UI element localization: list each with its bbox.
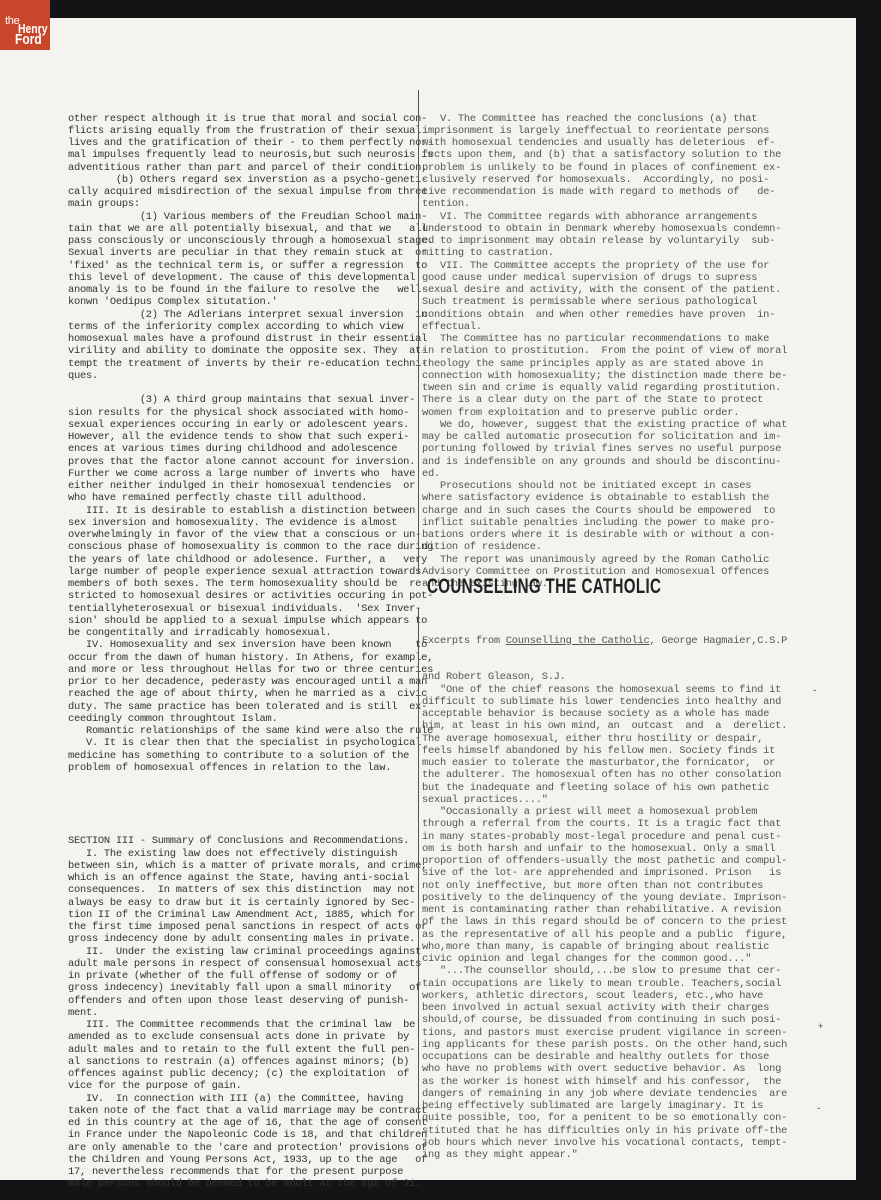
text-line: ing as they might appear." [422, 1149, 800, 1161]
text-line: inflict suitable penalties including the… [422, 517, 800, 529]
text-line: tions, and pastors must exercise prudent… [422, 1027, 800, 1039]
text-line: mitting to castration. [422, 247, 800, 259]
column-divider-top [418, 90, 419, 574]
text-line: 17, nevertheless recommends that for the… [68, 1166, 416, 1178]
text-line: bations orders where it is desirable wit… [422, 529, 800, 541]
text-line: pass consciously or unconsciously throug… [68, 235, 416, 247]
text-line: this level of development. The cause of … [68, 272, 416, 284]
text-line: but the inadequate and fleeting solace o… [422, 782, 800, 794]
text-line: offenders and often upon those least des… [68, 995, 416, 1007]
text-line: in many states-probably most-legal proce… [422, 831, 800, 843]
text-line: not only ineffective, but more often tha… [422, 880, 800, 892]
text-line: ed to imprisonment may obtain release by… [422, 235, 800, 247]
text-line: difficult to sublimate his lower tendenc… [422, 696, 800, 708]
text-line: III. It is desirable to establish a dist… [68, 505, 416, 517]
text-line: good cause under medical supervision of … [422, 272, 800, 284]
text-line: tentiallyheterosexual or bisexual indivi… [68, 603, 416, 615]
text-line: understood to obtain in Denmark whereby … [422, 223, 800, 235]
text-line: stituted that he has difficulties only i… [422, 1125, 800, 1137]
text-line: al sanctions to restrain (a) offences ag… [68, 1056, 416, 1068]
text-line: as the worker is honest with himself and… [422, 1076, 800, 1088]
text-line: lives and the gratification of their - t… [68, 137, 416, 149]
text-line: overwhelmingly in favor of the view that… [68, 529, 416, 541]
text-line: tempt the treatment of inverts by their … [68, 358, 416, 370]
text-line: ences at various times during childhood … [68, 443, 416, 455]
text-line: being effectively sublimated are largely… [422, 1100, 800, 1112]
text-line: and is indefensible on any grounds and s… [422, 456, 800, 468]
right-column-recommendations: V. The Committee has reached the conclus… [422, 113, 800, 591]
text-line: in France under the Napoleonic Code is 1… [68, 1129, 416, 1141]
text-line: of the laws in this regard should be of … [422, 916, 800, 928]
text-line: feels himself abandoned by his fellow me… [422, 745, 800, 757]
citation-prefix: Excerpts from [422, 635, 506, 647]
text-line: tain that we are all potentially bisexua… [68, 223, 416, 235]
text-line: (b) Others regard sex inverstion as a ps… [68, 174, 416, 186]
text-line: "One of the chief reasons the homosexual… [422, 684, 800, 696]
text-line: III. The Committee recommends that the c… [68, 1019, 416, 1031]
text-line: medicine has something to contribute to … [68, 750, 416, 762]
text-line: tion II of the Criminal Law Amendment Ac… [68, 909, 416, 921]
text-line: ment is contaminating rather than rehabi… [422, 904, 800, 916]
text-line: ed. [422, 468, 800, 480]
text-line: job hours which never involve his vocati… [422, 1137, 800, 1149]
text-line: through a referral from the courts. It i… [422, 818, 800, 830]
text-line: conscious phase of homosexuality is comm… [68, 541, 416, 553]
margin-mark: - [816, 1104, 821, 1114]
text-line: in relation to prostitution. From the po… [422, 345, 800, 357]
text-line: sion results for the physical shock asso… [68, 407, 416, 419]
text-line: reached the age of about thirty, when he… [68, 688, 416, 700]
text-line: However, all the evidence tends to show … [68, 431, 416, 443]
text-line: as the representative of all his people … [422, 929, 800, 941]
text-line: stricted to homosexual desires or activi… [68, 590, 416, 602]
left-column-part-1: other respect although it is true that m… [68, 113, 416, 775]
text-line: either neither indulged in their homosex… [68, 480, 416, 492]
text-line: quite possible, too, for a penitent to b… [422, 1112, 800, 1124]
text-line: sive of the lot- are apprehended and imp… [422, 867, 800, 879]
text-line: "Occasionally a priest will meet a homos… [422, 806, 800, 818]
text-line: We do, however, suggest that the existin… [422, 419, 800, 431]
margin-mark: + [818, 1022, 823, 1032]
text-line: prior to her decadence, pederasty was en… [68, 676, 416, 688]
text-line: are only amenable to the 'care and prote… [68, 1142, 416, 1154]
text-line: (1) Various members of the Freudian Scho… [68, 211, 416, 223]
text-line: large number of people experience sexual… [68, 566, 416, 578]
text-line [68, 382, 416, 394]
text-line: women from exploitation and to preserve … [422, 407, 800, 419]
text-line: who,more than many, is capable of bringi… [422, 941, 800, 953]
text-line: proves that the factor alone cannot acco… [68, 456, 416, 468]
text-line: VI. The Committee regards with abhorance… [422, 211, 800, 223]
text-line: effectual. [422, 321, 800, 333]
text-line: The Committee has no particular recommen… [422, 333, 800, 345]
text-line: Prosecutions should not be initiated exc… [422, 480, 800, 492]
text-line: (3) A third group maintains that sexual … [68, 394, 416, 406]
left-column: other respect although it is true that m… [68, 88, 416, 1200]
text-line: between sin, which is a matter of privat… [68, 860, 416, 872]
text-line: problem of homosexual offences in relati… [68, 762, 416, 774]
text-line: cally acquired misdirection of the sexua… [68, 186, 416, 198]
text-line: Romantic relationships of the same kind … [68, 725, 416, 737]
text-line: may be called automatic prosecution for … [422, 431, 800, 443]
text-line: The average homosexual, either thru host… [422, 733, 800, 745]
text-line: proportion of offenders-usually the most… [422, 855, 800, 867]
text-line: always be easy to draw but it is certain… [68, 897, 416, 909]
text-line: flicts arising equally from the frustrat… [68, 125, 416, 137]
book-title: Counselling the Catholic [506, 635, 650, 647]
text-line: been involved in actual sexual activity … [422, 1002, 800, 1014]
text-line: homosexual males have a profound distrus… [68, 333, 416, 345]
text-line: "...The counsellor should,...be slow to … [422, 965, 800, 977]
text-line: members of both sexes. The term homosexu… [68, 578, 416, 590]
text-line: tive recommendation is made with regard … [422, 186, 800, 198]
text-line: ques. [68, 370, 416, 382]
text-line: and more or less throughout Hellas for t… [68, 664, 416, 676]
text-line: offences against public decency; (c) the… [68, 1068, 416, 1080]
text-line: I. The existing law does not effectively… [68, 848, 416, 860]
text-line: civic opinion and legal changes for the … [422, 953, 800, 965]
text-line: virility and ability to dominate the opp… [68, 345, 416, 357]
text-line: IV. Homosexuality and sex inversion have… [68, 639, 416, 651]
text-line: problem is unlikely to be found in place… [422, 162, 800, 174]
text-line: vice for the purpose of gain. [68, 1080, 416, 1092]
text-line: tention. [422, 198, 800, 210]
text-line: should,of course, be dissuaded from cont… [422, 1014, 800, 1026]
text-line: portuning followed by trivial fines serv… [422, 443, 800, 455]
text-line: adult males and to retain to the full ex… [68, 1044, 416, 1056]
text-line: (2) The Adlerians interpret sexual inver… [68, 309, 416, 321]
text-line: ing applicants for these parish posts. O… [422, 1039, 800, 1051]
text-line: conditions obtain and when other remedie… [422, 309, 800, 321]
text-line: ed in this country at the age of 16, tha… [68, 1117, 416, 1129]
text-line: tween sin and crime is equally valid reg… [422, 382, 800, 394]
text-line: ment. [68, 1007, 416, 1019]
text-line: taken note of the fact that a valid marr… [68, 1105, 416, 1117]
text-line: Such treatment is permissable where seri… [422, 296, 800, 308]
text-line: workers, athletic directors, scout leade… [422, 990, 800, 1002]
excerpt-citation: Excerpts from Counselling the Catholic, … [422, 635, 800, 647]
text-line: the first time imposed penal sanctions i… [68, 921, 416, 933]
text-line: the years of late childhood or adolesenc… [68, 554, 416, 566]
text-line: main groups: [68, 198, 416, 210]
text-line: adult male persons in respect of consens… [68, 958, 416, 970]
text-line: sexual practices...." [422, 794, 800, 806]
text-line: male persons should be deemed to be adul… [68, 1178, 416, 1190]
text-line: tain occupations are likely to mean trou… [422, 978, 800, 990]
text-line: Further we come across a large number of… [68, 468, 416, 480]
text-line: anomaly is to be found in the failure to… [68, 284, 416, 296]
text-line: who have no problems with overt seductiv… [422, 1063, 800, 1075]
text-line: konwn 'Oedipus Complex situtation.' [68, 296, 416, 308]
text-line: other respect although it is true that m… [68, 113, 416, 125]
left-column-section-iii: SECTION III - Summary of Conclusions and… [68, 835, 416, 1190]
text-line: IV. In connection with III (a) the Commi… [68, 1093, 416, 1105]
excerpt-text: and Robert Gleason, S.J. "One of the chi… [422, 671, 800, 1161]
text-line: with homosexual tendencies and usually h… [422, 137, 800, 149]
text-line: sion' should be applied to a sexual impu… [68, 615, 416, 627]
text-line: be congentitally and irradicably homosex… [68, 627, 416, 639]
text-line: in private (whether of the full offense … [68, 970, 416, 982]
text-line: V. It is clear then that the specialist … [68, 737, 416, 749]
text-line: theology the same principles apply as ar… [422, 358, 800, 370]
text-line: mal impulses frequently lead to neurosis… [68, 149, 416, 161]
text-line: the adulterer. The homosexual often has … [422, 769, 800, 781]
text-line: clusively reserved for homosexuals. Acco… [422, 174, 800, 186]
text-line: om is both harsh and unfair to the homos… [422, 843, 800, 855]
text-line: much easier to tolerate the masturbator,… [422, 757, 800, 769]
logo-ford: Ford [15, 31, 42, 48]
text-line: the Children and Young Persons Act, 1933… [68, 1154, 416, 1166]
text-line: where satisfactory evidence is obtainabl… [422, 492, 800, 504]
text-line: SECTION III - Summary of Conclusions and… [68, 835, 416, 847]
text-line: terms of the inferiority complex accordi… [68, 321, 416, 333]
column-divider-bottom [418, 608, 419, 1120]
text-line: which is an offence against the State, h… [68, 872, 416, 884]
text-line: sexual experiences occuring in early or … [68, 419, 416, 431]
text-line: sexual desire and activity, with the con… [422, 284, 800, 296]
text-line: The report was unanimously agreed by the… [422, 554, 800, 566]
text-line: duty. The same practice has been tolerat… [68, 701, 416, 713]
text-line: 'fixed' as the technical term is, or suf… [68, 260, 416, 272]
text-line: who have remained perfectly chaste till … [68, 492, 416, 504]
margin-mark: - [812, 686, 817, 696]
citation-authors: , George Hagmaier,C.S.P [649, 635, 787, 647]
text-line: ceedingly common throughtout Islam. [68, 713, 416, 725]
text-line: amended as to exclude consensual acts do… [68, 1031, 416, 1043]
henry-ford-logo: the Henry Ford [0, 0, 50, 50]
text-line: adventitious rather than part and parcel… [68, 162, 416, 174]
text-line: imprisonment is largely ineffectual to r… [422, 125, 800, 137]
text-line: gross indecency done by adult consenting… [68, 933, 416, 945]
text-line: sex inversion and homosexuality. The evi… [68, 517, 416, 529]
text-line: dition of residence. [422, 541, 800, 553]
text-line: Sexual inverts are peculiar in that they… [68, 247, 416, 259]
text-line: positively to the delinquency of the you… [422, 892, 800, 904]
text-line: occupations can be desirable and healthy… [422, 1051, 800, 1063]
text-line: fects upon them, and (b) that a satisfac… [422, 149, 800, 161]
text-line: and Robert Gleason, S.J. [422, 671, 800, 683]
text-line: dangers of remaining in any job where de… [422, 1088, 800, 1100]
text-line: charge and in such cases the Courts shou… [422, 505, 800, 517]
text-line: There is a clear duty on the part of the… [422, 394, 800, 406]
text-line: him, at least in his own mind, an outcas… [422, 720, 800, 732]
text-line: VII. The Committee accepts the propriety… [422, 260, 800, 272]
text-line: II. Under the existing law criminal proc… [68, 946, 416, 958]
text-line: consequences. In matters of sex this dis… [68, 884, 416, 896]
text-line: connection with homosexuality; the disti… [422, 370, 800, 382]
text-line: gross indecency) inevitably fall upon a … [68, 982, 416, 994]
right-column-excerpts: Excerpts from Counselling the Catholic, … [422, 610, 800, 1174]
text-line: occur from the dawn of human history. In… [68, 652, 416, 664]
text-line: V. The Committee has reached the conclus… [422, 113, 800, 125]
right-column: V. The Committee has reached the conclus… [422, 88, 800, 603]
section-heading: COUNSELLING THE CATHOLIC [427, 575, 661, 599]
text-line: acceptable behavior is because society a… [422, 708, 800, 720]
